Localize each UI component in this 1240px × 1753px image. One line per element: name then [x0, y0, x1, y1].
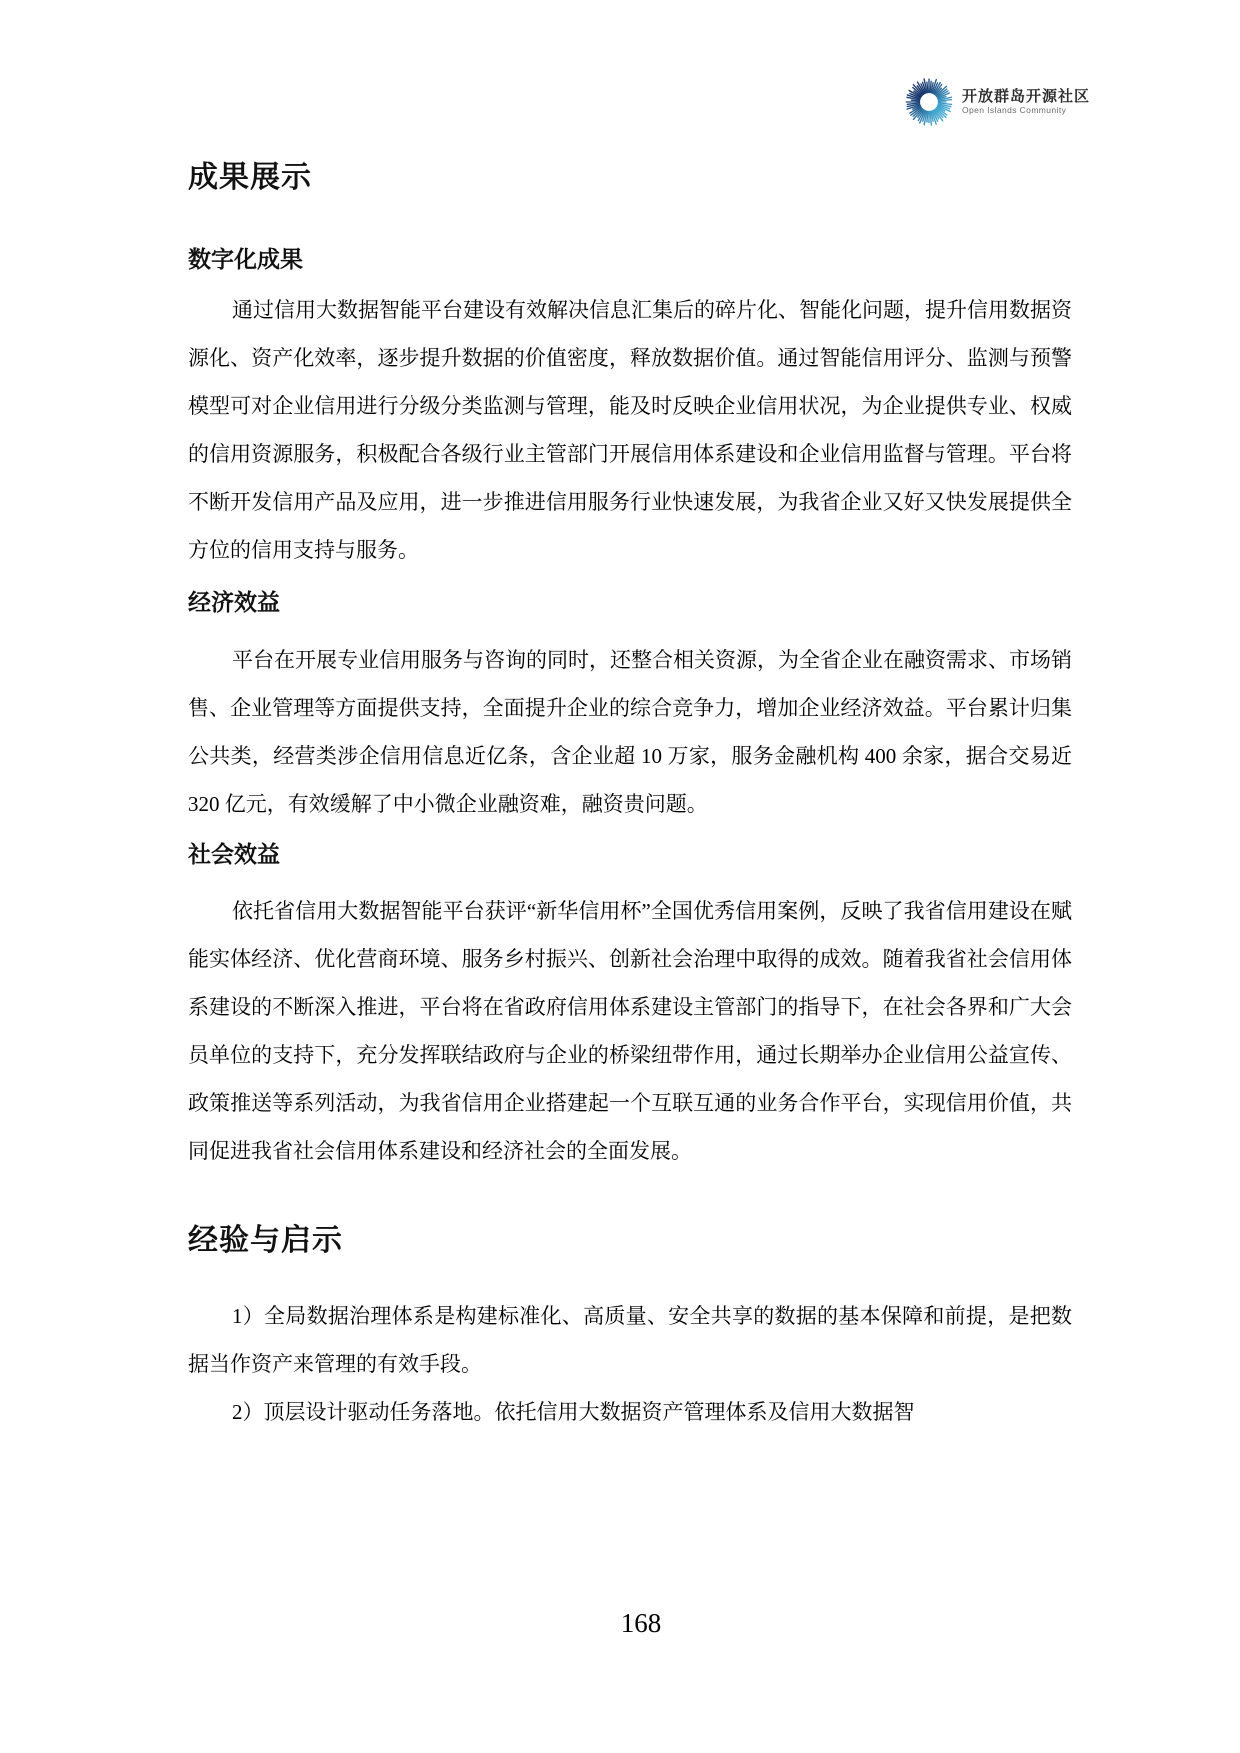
- paragraph-lesson-point-1: 1）全局数据治理体系是构建标准化、高质量、安全共享的数据的基本保障和前提，是把数…: [188, 1292, 1072, 1388]
- paragraph-economic-benefit: 平台在开展专业信用服务与咨询的同时，还整合相关资源，为全省企业在融资需求、市场销…: [188, 636, 1072, 828]
- paragraph-digital-results: 通过信用大数据智能平台建设有效解决信息汇集后的碎片化、智能化问题，提升信用数据资…: [188, 286, 1072, 574]
- subsection-heading-social-benefit: 社会效益: [188, 839, 1072, 869]
- document-page: 开放群岛开源社区 Open Islands Community 成果展示 数字化…: [0, 0, 1240, 1753]
- document-content: 成果展示 数字化成果 通过信用大数据智能平台建设有效解决信息汇集后的碎片化、智能…: [188, 0, 1072, 1436]
- paragraph-lesson-point-2: 2）顶层设计驱动任务落地。依托信用大数据资产管理体系及信用大数据智: [188, 1388, 1072, 1436]
- section-title-lessons: 经验与启示: [188, 1223, 1072, 1259]
- paragraph-social-benefit: 依托省信用大数据智能平台获评“新华信用杯”全国优秀信用案例，反映了我省信用建设在…: [188, 887, 1072, 1175]
- subsection-heading-digital-results: 数字化成果: [188, 244, 1072, 274]
- page-number: 168: [621, 1608, 662, 1638]
- section-title-results: 成果展示: [188, 160, 1072, 196]
- subsection-heading-economic-benefit: 经济效益: [188, 587, 1072, 617]
